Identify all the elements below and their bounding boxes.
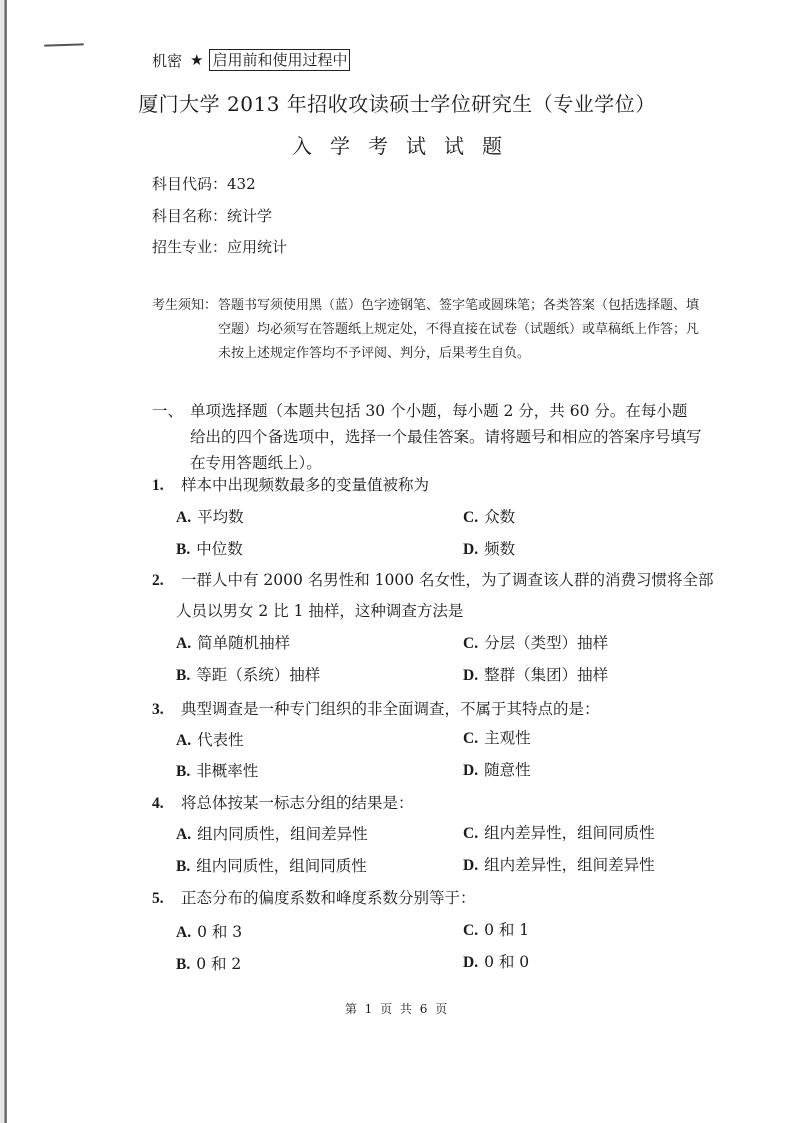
option-5d: D.0 和 0 [463, 950, 529, 972]
question-number: 3. [152, 701, 176, 719]
section-number: 一、 [152, 398, 183, 424]
question-number: 5. [152, 890, 176, 908]
question-4: 4. 将总体按某一标志分组的结果是： [152, 791, 413, 813]
question-number: 2. [152, 572, 176, 590]
question-stem: 一群人中有 2000 名男性和 1000 名女性，为了调查该人群的消费习惯将全部 [181, 571, 714, 589]
meta-value: 应用统计 [227, 238, 287, 256]
option-4b: B.组内同质性，组间同质性 [176, 854, 367, 876]
meta-value: 432 [227, 175, 256, 193]
notice-body: 答题书写须使用黑（蓝）色字迹钢笔、签字笔或圆珠笔；各类答案（包括选择题、填空题）… [218, 294, 708, 366]
option-1d: D.频数 [463, 537, 515, 559]
question-2: 2. 一群人中有 2000 名男性和 1000 名女性，为了调查该人群的消费习惯… [152, 568, 714, 590]
option-2b: B.等距（系统）抽样 [176, 663, 320, 685]
meta-key: 科目代码： [152, 175, 227, 193]
question-2-continued: 人员以男女 2 比 1 抽样，这种调查方法是 [176, 599, 463, 621]
exam-subtitle: 入学考试试题 [0, 130, 794, 159]
section-instructions: 单项选择题（本题共包括 30 个小题，每小题 2 分，共 60 分。在每小题给出… [190, 398, 702, 476]
subject-name: 科目名称：统计学 [152, 205, 272, 226]
page-number: 第 1 页 共 6 页 [0, 1000, 794, 1017]
option-1b: B.中位数 [176, 537, 243, 559]
question-stem: 典型调查是一种专门组织的非全面调查，不属于其特点的是： [181, 700, 600, 718]
subject-code: 科目代码：432 [152, 173, 256, 194]
boxed-label: 启用前和使用过程中 [209, 49, 350, 71]
meta-key: 科目名称： [152, 207, 227, 225]
option-5b: B.0 和 2 [176, 952, 241, 974]
star-icon: ★ [190, 51, 203, 69]
pen-mark [44, 43, 84, 46]
question-5: 5. 正态分布的偏度系数和峰度系数分别等于： [152, 886, 475, 908]
confidentiality-header: 机密 ★ 启用前和使用过程中 [152, 49, 350, 71]
option-2d: D.整群（集团）抽样 [463, 663, 608, 685]
option-5a: A.0 和 3 [176, 920, 242, 942]
question-number: 1. [152, 477, 176, 495]
secret-label: 机密 [152, 50, 182, 71]
question-1: 1. 样本中出现频数最多的变量值被称为 [152, 473, 429, 495]
meta-value: 统计学 [227, 207, 272, 225]
option-2c: C.分层（类型）抽样 [463, 631, 608, 653]
question-stem: 将总体按某一标志分组的结果是： [181, 794, 414, 812]
option-3b: B.非概率性 [176, 759, 258, 781]
meta-key: 招生专业： [152, 238, 227, 256]
scan-edge-line [4, 0, 7, 1123]
option-5c: C.0 和 1 [463, 918, 529, 940]
question-stem: 正态分布的偏度系数和峰度系数分别等于： [181, 889, 476, 907]
question-stem: 样本中出现频数最多的变量值被称为 [181, 476, 429, 494]
major: 招生专业：应用统计 [152, 236, 287, 257]
question-number: 4. [152, 795, 176, 813]
option-2a: A.简单随机抽样 [176, 631, 290, 653]
option-4a: A.组内同质性，组间差异性 [176, 822, 368, 844]
question-3: 3. 典型调查是一种专门组织的非全面调查，不属于其特点的是： [152, 697, 599, 719]
option-4d: D.组内差异性，组间差异性 [463, 853, 655, 875]
option-3a: A.代表性 [176, 728, 244, 750]
option-1c: C.众数 [463, 505, 515, 527]
option-3d: D.随意性 [463, 758, 531, 780]
option-4c: C.组内差异性，组间同质性 [463, 821, 655, 843]
option-3c: C.主观性 [463, 726, 531, 748]
notice-head: 考生须知： [152, 294, 217, 318]
option-1a: A.平均数 [176, 505, 244, 527]
exam-title: 厦门大学 2013 年招收攻读硕士学位研究生（专业学位） [0, 88, 794, 117]
